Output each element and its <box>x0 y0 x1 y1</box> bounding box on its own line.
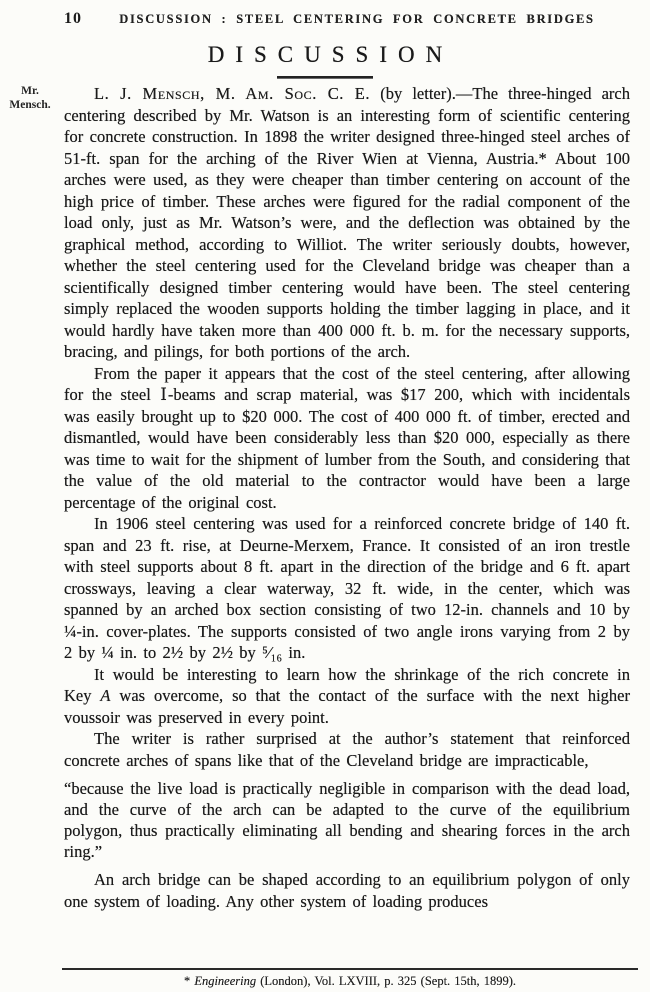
paragraph-4-text-post: was overcome, so that the contact of the… <box>64 686 630 727</box>
footnote-area: * Engineering (London), Vol. LXVIII, p. … <box>62 968 638 989</box>
footnote-reference: * Engineering (London), Vol. LXVIII, p. … <box>62 970 638 989</box>
key-a-italic: A <box>100 686 110 705</box>
paragraph-writer-surprised: The writer is rather surprised at the au… <box>64 728 630 771</box>
footnote-journal-italic: Engineering <box>194 974 256 988</box>
paragraph-mensch-intro: L. J. Mensch, M. Am. Soc. C. E. (by lett… <box>64 83 630 363</box>
paragraph-6-text: An arch bridge can be shaped according t… <box>64 870 630 911</box>
running-header: 10 DISCUSSION : STEEL CENTERING FOR CONC… <box>64 10 632 28</box>
paragraph-equilibrium-polygon: An arch bridge can be shaped according t… <box>64 869 630 912</box>
page-number: 10 <box>64 10 82 28</box>
discussion-body: L. J. Mensch, M. Am. Soc. C. E. (by lett… <box>64 83 630 912</box>
paragraph-deurne-merxem-bridge: In 1906 steel centering was used for a r… <box>64 513 630 664</box>
paragraph-3-text: In 1906 steel centering was used for a r… <box>64 514 630 662</box>
footnote-marker: * <box>184 974 194 988</box>
block-quote-live-load: “because the live load is practically ne… <box>64 778 630 862</box>
speaker-name-smallcaps: L. J. Mensch, M. Am. Soc. C. E. <box>94 84 370 103</box>
margin-note-line-1: Mr. <box>0 85 60 99</box>
paragraph-5-text: The writer is rather surprised at the au… <box>64 729 630 770</box>
book-page: 10 DISCUSSION : STEEL CENTERING FOR CONC… <box>0 0 650 992</box>
paragraph-1-text: (by letter).—The three-hinged arch cente… <box>64 84 630 361</box>
title-rule <box>277 76 373 79</box>
margin-note-line-2: Mensch. <box>0 99 60 113</box>
footnote-citation-text: (London), Vol. LXVIII, p. 325 (Sept. 15t… <box>256 974 516 988</box>
paragraph-key-shrinkage: It would be interesting to learn how the… <box>64 664 630 729</box>
margin-note-speaker: Mr. Mensch. <box>0 85 60 112</box>
section-title: DISCUSSION <box>0 42 650 68</box>
i-beam-glyph: I <box>159 385 168 404</box>
quote-text: “because the live load is practically ne… <box>64 779 630 861</box>
paragraph-cost-of-centering: From the paper it appears that the cost … <box>64 363 630 514</box>
running-head-title: DISCUSSION : STEEL CENTERING FOR CONCRET… <box>82 12 632 27</box>
